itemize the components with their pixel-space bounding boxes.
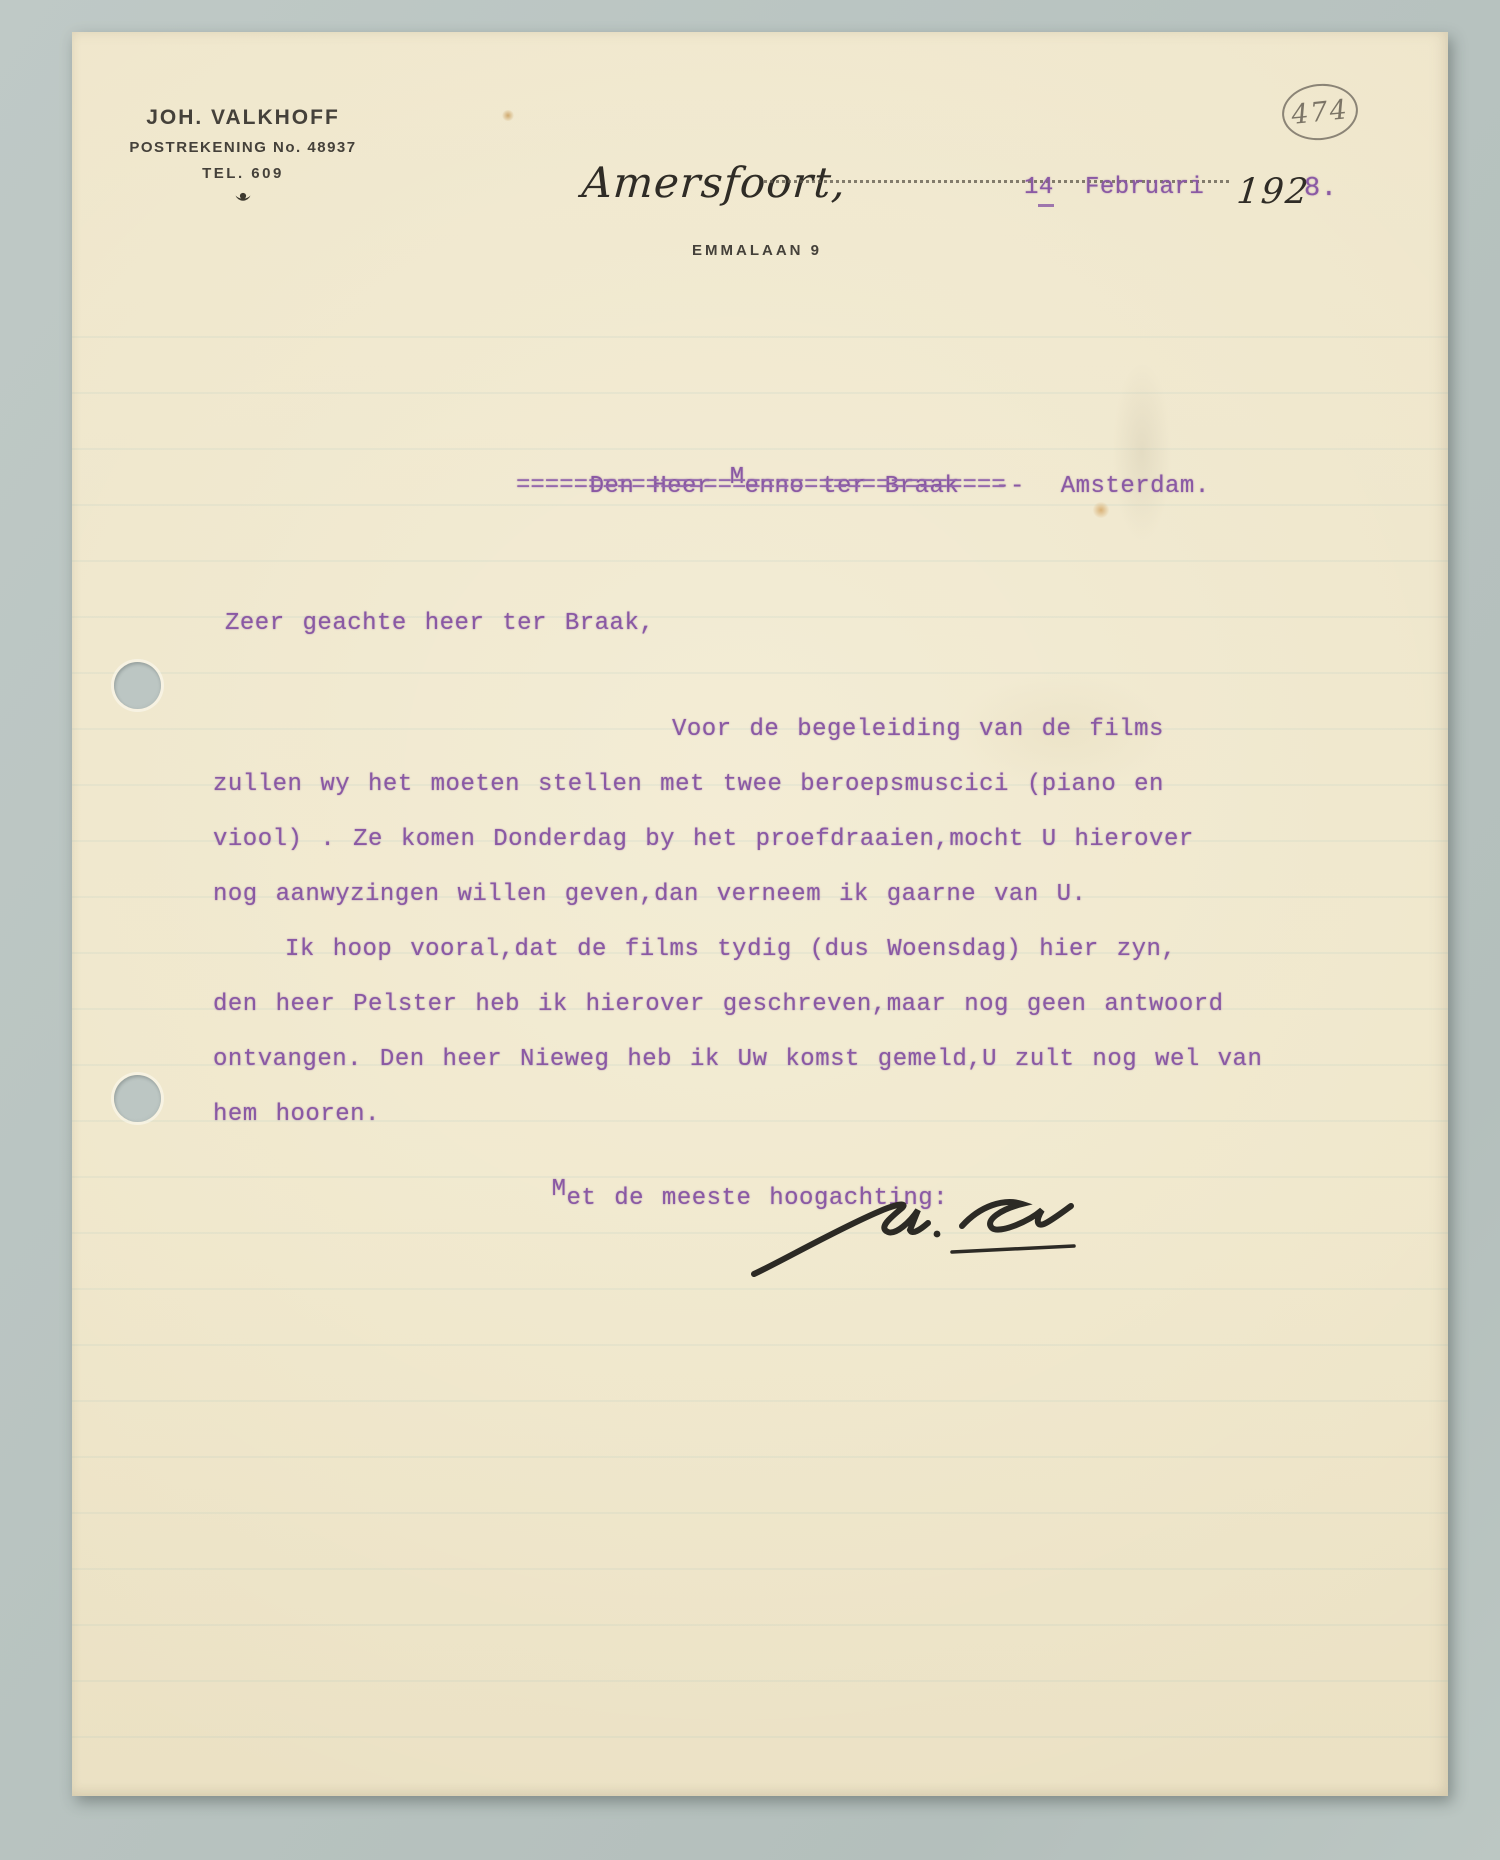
addressee-city: Amsterdam. <box>1061 473 1210 500</box>
printer-mark-icon <box>88 188 398 213</box>
body-line: zullen wy het moeten stellen met twee be… <box>213 771 1164 798</box>
closing-superscript-m: M <box>552 1176 567 1203</box>
body-line: Voor de begeleiding van de films <box>672 716 1164 743</box>
letter-paper: 474 JOH. VALKHOFF POSTREKENING No. 48937… <box>72 32 1448 1796</box>
body-line: hem hooren. <box>213 1101 380 1128</box>
body-line: nog aanwyzingen willen geven,dan verneem… <box>213 881 1086 908</box>
dateline-street: EMMALAAN 9 <box>692 242 822 259</box>
letterhead-name: JOH. VALKHOFF <box>88 106 398 130</box>
paper-stain <box>502 110 514 121</box>
salutation: Zeer geachte heer ter Braak, <box>225 610 654 637</box>
body-line: Ik hoop vooral,dat de films tydig (dus W… <box>285 936 1176 963</box>
body-line: viool) . Ze komen Donderdag by het proef… <box>213 826 1194 853</box>
letterhead-telephone: TEL. 609 <box>88 165 398 182</box>
letterhead: JOH. VALKHOFF POSTREKENING No. 48937 TEL… <box>88 106 398 213</box>
addressee-underline: ================================== <box>516 472 1006 499</box>
signature-joh-valkhoff: Joh. Valkhoff <box>740 1182 1080 1297</box>
folio-number-circled: 474 <box>1279 80 1360 144</box>
folio-number: 474 <box>1290 94 1350 131</box>
dateline-year-typed: 8. <box>1304 174 1337 204</box>
body-line: ontvangen. Den heer Nieweg heb ik Uw kom… <box>213 1046 1262 1073</box>
dateline-day: 14 <box>1024 174 1054 201</box>
dateline-day-overstrike <box>1038 204 1054 207</box>
punch-hole-top <box>114 662 161 709</box>
dateline-month: Februari <box>1085 174 1204 201</box>
letterhead-postal-account: POSTREKENING No. 48937 <box>88 139 398 156</box>
punch-hole-bottom <box>114 1075 161 1122</box>
body-line: den heer Pelster heb ik hierover geschre… <box>213 991 1224 1018</box>
dateline-year-printed: 192 <box>1235 172 1312 212</box>
